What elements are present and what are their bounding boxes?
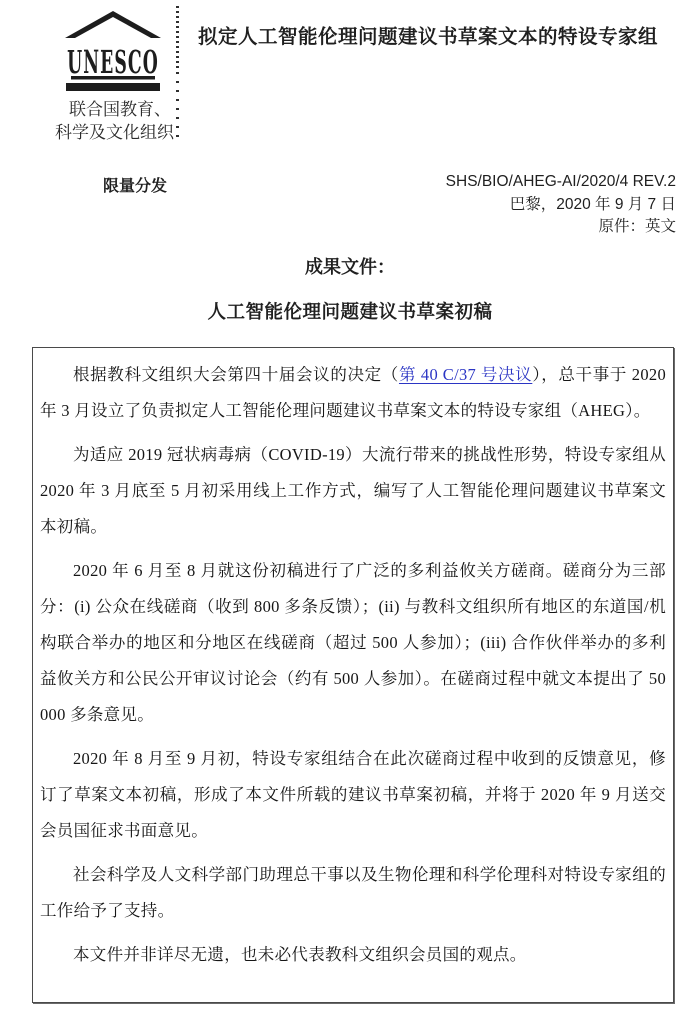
summary-box: 根据教科文组织大会第四十届会议的决定（第 40 C/37 号决议），总干事于 2…	[32, 347, 674, 1003]
dotted-separator-top	[176, 6, 179, 70]
dotted-separator-bottom	[176, 72, 179, 140]
distribution-label: 限量分发	[103, 173, 167, 196]
unesco-temple-icon: UNESCO	[63, 10, 163, 92]
logo-base-thick-bar	[66, 83, 160, 91]
paragraph-2: 为适应 2019 冠状病毒病（COVID-19）大流行带来的挑战性形势，特设专家…	[40, 437, 666, 545]
paragraph-3: 2020 年 6 月至 8 月就这份初稿进行了广泛的多利益攸关方磋商。磋商分为三…	[40, 553, 666, 733]
org-name-line1: 联合国教育、	[55, 98, 171, 121]
committee-title: 拟定人工智能伦理问题建议书草案文本的特设专家组	[198, 21, 684, 49]
paragraph-5: 社会科学及人文科学部门助理总干事以及生物伦理和科学伦理科对特设专家组的工作给予了…	[40, 857, 666, 929]
org-name-line2: 科学及文化组织	[55, 121, 171, 144]
paragraph-6: 本文件并非详尽无遗，也未必代表教科文组织会员国的观点。	[40, 937, 666, 973]
outcome-document-label: 成果文件：	[0, 253, 700, 279]
logo-base-thin-bar	[71, 76, 155, 80]
paragraph-4: 2020 年 8 月至 9 月初，特设专家组结合在此次磋商过程中收到的反馈意见，…	[40, 741, 666, 849]
place-and-date: 巴黎，2020 年 9 月 7 日	[446, 194, 676, 217]
document-meta-block: SHS/BIO/AHEG-AI/2020/4 REV.2 巴黎，2020 年 9…	[446, 171, 676, 239]
unesco-logo-block: UNESCO 联合国教育、 科学及文化组织	[55, 10, 171, 144]
paragraph-1: 根据教科文组织大会第四十届会议的决定（第 40 C/37 号决议），总干事于 2…	[40, 357, 666, 429]
original-language: 原件：英文	[446, 216, 676, 239]
document-page: UNESCO 联合国教育、 科学及文化组织 拟定人工智能伦理问题建议书草案文本的…	[0, 0, 700, 1021]
page-title: 人工智能伦理问题建议书草案初稿	[0, 298, 700, 324]
logo-roof	[65, 11, 161, 38]
document-code: SHS/BIO/AHEG-AI/2020/4 REV.2	[446, 171, 676, 194]
paragraph-1-text-before-link: 根据教科文组织大会第四十届会议的决定（	[73, 365, 399, 384]
resolution-40c37-link[interactable]: 第 40 C/37 号决议	[399, 365, 532, 384]
